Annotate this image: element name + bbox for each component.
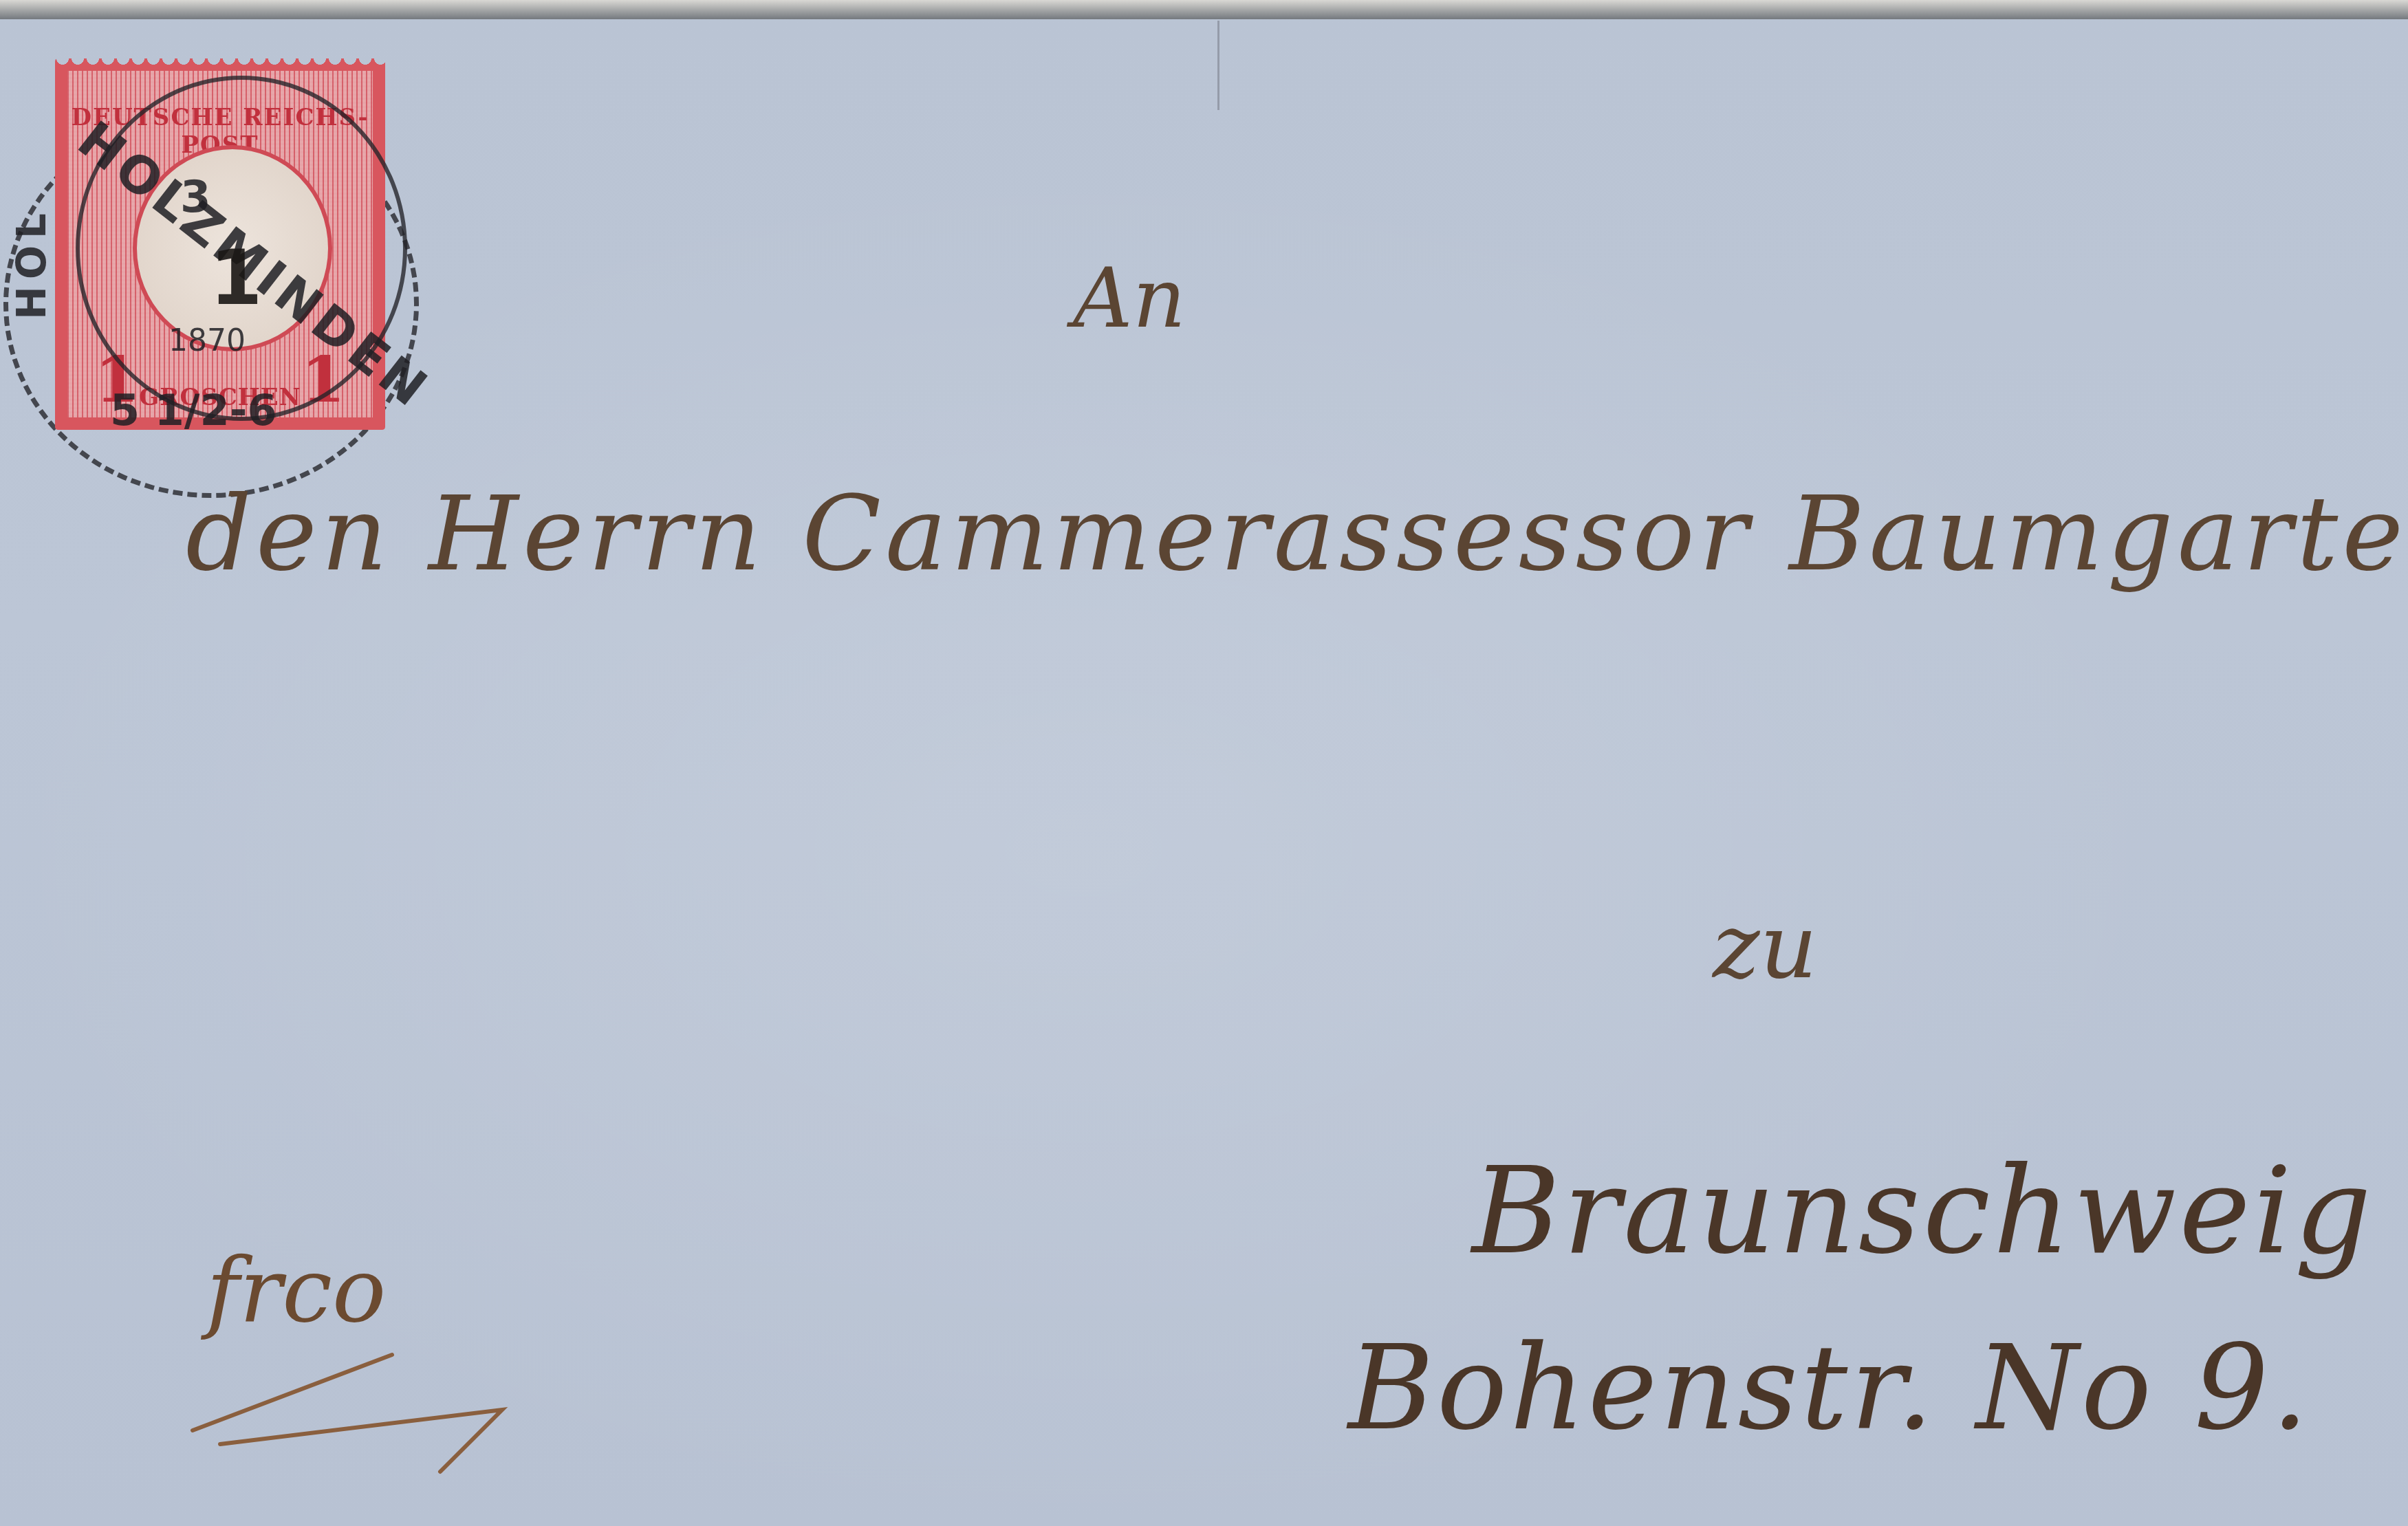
postmark-day: 3	[180, 172, 211, 223]
address-city: Braunschweig	[1472, 1142, 2374, 1281]
postmark-year: 1870	[169, 323, 246, 358]
address-preposition: zu	[1713, 894, 1817, 999]
postmark-time: 5 1/2-6	[110, 385, 277, 435]
postmark-month: 1	[210, 234, 263, 322]
address-street: Bohenstr. No 9.	[1348, 1320, 2311, 1457]
postmark-outer-letters: HOL	[8, 206, 55, 320]
address-salutation: An	[1073, 251, 1186, 347]
paper-crease	[1217, 21, 1219, 110]
franking-flourish	[179, 1293, 523, 1444]
envelope-top-edge-shadow	[0, 0, 2408, 21]
address-recipient: den Herrn Cammerassessor Baumgarten	[186, 475, 2408, 594]
